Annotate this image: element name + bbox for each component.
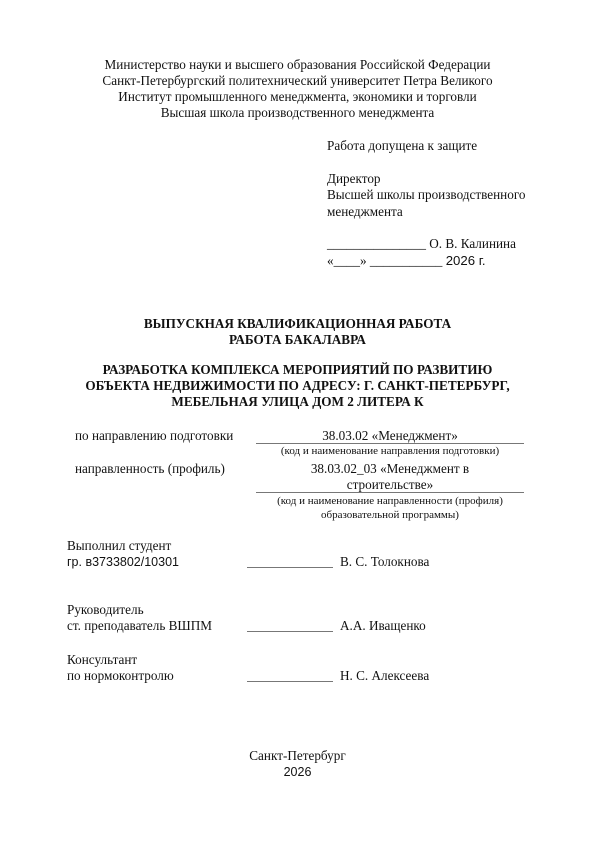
approver-position: Директор — [327, 171, 567, 188]
footer-year: 2026 — [60, 764, 535, 780]
profile-value: 38.03.02_03 «Менеджмент в строительстве» — [256, 461, 524, 493]
signature-line — [247, 567, 333, 568]
student-name: В. С. Толокнова — [340, 554, 429, 570]
profile-hint-line1: (код и наименование направленности (проф… — [256, 495, 524, 509]
date-year: 2026 г. — [446, 253, 486, 268]
signature-consultant: Консультант по нормоконтролю Н. С. Алекс… — [67, 652, 547, 692]
profile-label: направленность (профиль) — [75, 461, 225, 477]
approval-status: Работа допущена к защите — [327, 138, 567, 155]
profile-value-line1: 38.03.02_03 «Менеджмент в — [256, 461, 524, 477]
signature-student: Выполнил студент гр. в3733802/10301 В. С… — [67, 538, 547, 578]
approval-date-row: «____» ___________ 2026 г. — [327, 253, 567, 270]
work-type-block: ВЫПУСКНАЯ КВАЛИФИКАЦИОННАЯ РАБОТА РАБОТА… — [60, 316, 535, 348]
direction-label: по направлению подготовки — [75, 428, 233, 444]
footer-city: Санкт-Петербург — [60, 748, 535, 764]
institute-line: Институт промышленного менеджмента, экон… — [60, 89, 535, 105]
approval-block: Работа допущена к защите Директор Высшей… — [327, 138, 567, 269]
signature-role: Руководитель — [67, 602, 547, 618]
school-line: Высшая школа производственного менеджмен… — [60, 105, 535, 121]
profile-value-line2: строительстве» — [256, 477, 524, 493]
approver-org-line1: Высшей школы производственного — [327, 187, 567, 204]
work-type: ВЫПУСКНАЯ КВАЛИФИКАЦИОННАЯ РАБОТА — [60, 316, 535, 332]
footer: Санкт-Петербург 2026 — [60, 748, 535, 780]
date-day-blank: «____» — [327, 253, 367, 268]
signature-line — [247, 681, 333, 682]
topic-line-1: РАЗРАБОТКА КОМПЛЕКСА МЕРОПРИЯТИЙ ПО РАЗВ… — [60, 362, 535, 378]
supervisor-name: А.А. Иващенко — [340, 618, 426, 634]
institution-header: Министерство науки и высшего образования… — [60, 57, 535, 121]
signature-role: Выполнил студент — [67, 538, 547, 554]
university-line: Санкт-Петербургский политехнический унив… — [60, 73, 535, 89]
work-subtype: РАБОТА БАКАЛАВРА — [60, 332, 535, 348]
direction-hint: (код и наименование направления подготов… — [256, 445, 524, 459]
signature-role: Консультант — [67, 652, 547, 668]
signature-line — [247, 631, 333, 632]
topic-line-3: МЕБЕЛЬНАЯ УЛИЦА ДОМ 2 ЛИТЕРА К — [60, 394, 535, 410]
ministry-line: Министерство науки и высшего образования… — [60, 57, 535, 73]
profile-hint-line2: образовательной программы) — [256, 509, 524, 523]
signature-blank: _______________ — [327, 236, 426, 251]
approver-org-line2: менеджмента — [327, 204, 567, 221]
profile-hint: (код и наименование направленности (проф… — [256, 495, 524, 522]
direction-value: 38.03.02 «Менеджмент» — [256, 428, 524, 444]
date-month-blank: ___________ — [370, 253, 443, 268]
consultant-name: Н. С. Алексеева — [340, 668, 429, 684]
signature-supervisor: Руководитель ст. преподаватель ВШПМ А.А.… — [67, 602, 547, 642]
approver-name: О. В. Калинина — [429, 236, 516, 251]
thesis-topic: РАЗРАБОТКА КОМПЛЕКСА МЕРОПРИЯТИЙ ПО РАЗВ… — [60, 362, 535, 410]
topic-line-2: ОБЪЕКТА НЕДВИЖИМОСТИ ПО АДРЕСУ: Г. САНКТ… — [60, 378, 535, 394]
approver-signature-row: _______________ О. В. Калинина — [327, 236, 567, 253]
